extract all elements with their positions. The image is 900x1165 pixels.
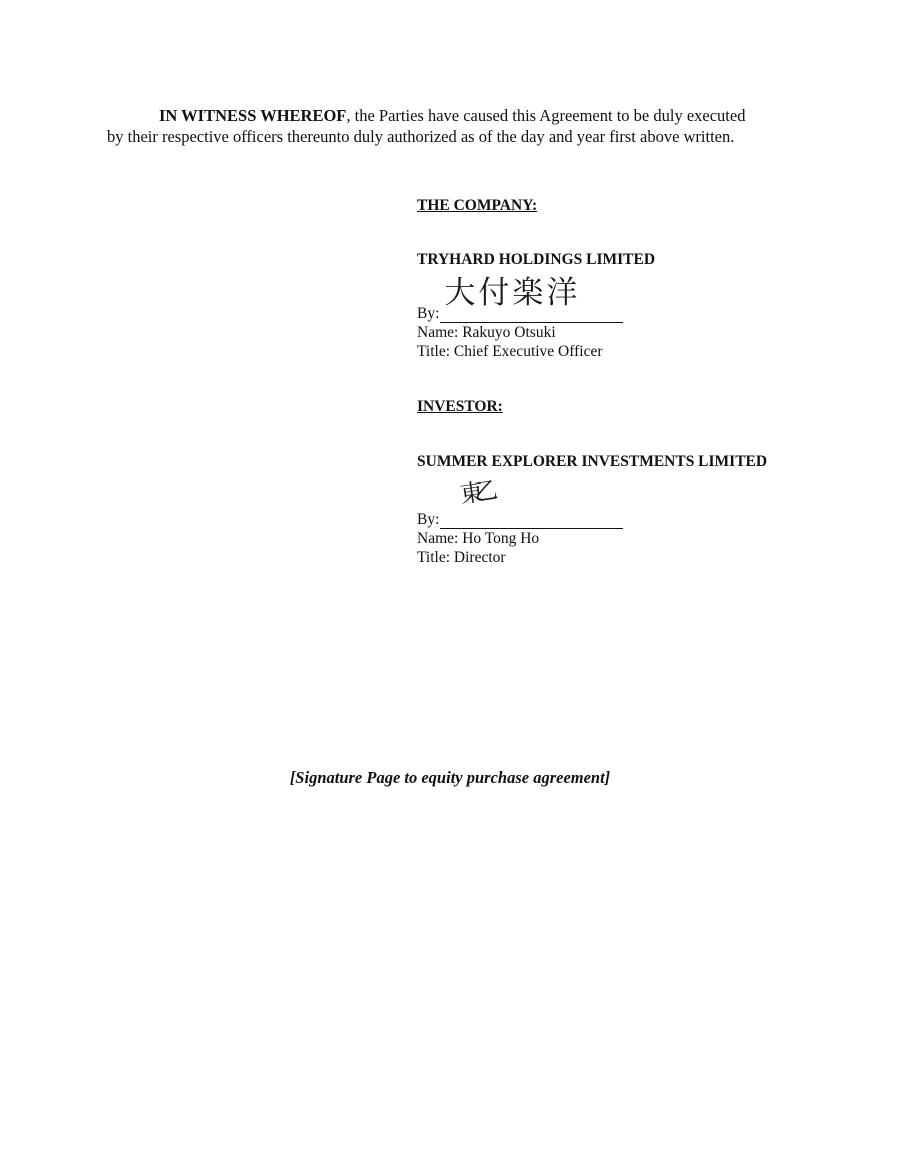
witness-lead: IN WITNESS WHEREOF	[159, 106, 346, 125]
investor-entity-name: SUMMER EXPLORER INVESTMENTS LIMITED	[417, 453, 767, 471]
company-signature-field: 大付楽洋	[440, 308, 623, 323]
investor-signature-line: By: 東乙	[417, 510, 623, 529]
company-signature-line: By: 大付楽洋	[417, 304, 623, 323]
witness-line1-text: , the Parties have caused this Agreement…	[346, 106, 745, 125]
investor-signer-name: Name: Ho Tong Ho	[417, 529, 539, 548]
investor-signature-field: 東乙	[440, 514, 623, 529]
company-signer-title: Title: Chief Executive Officer	[417, 342, 603, 361]
witness-paragraph-line1: IN WITNESS WHEREOF, the Parties have cau…	[159, 106, 745, 126]
signature-page-footer: [Signature Page to equity purchase agree…	[0, 768, 900, 788]
witness-paragraph-line2: by their respective officers thereunto d…	[107, 127, 734, 147]
investor-signature: 東乙	[459, 482, 489, 505]
investor-signer-title: Title: Director	[417, 548, 506, 567]
company-signer-name: Name: Rakuyo Otsuki	[417, 323, 556, 342]
company-header: THE COMPANY:	[417, 197, 537, 215]
company-signature: 大付楽洋	[444, 284, 580, 303]
investor-by-label: By:	[417, 510, 439, 529]
investor-header: INVESTOR:	[417, 398, 503, 416]
company-by-label: By:	[417, 304, 439, 323]
company-entity-name: TRYHARD HOLDINGS LIMITED	[417, 251, 655, 269]
